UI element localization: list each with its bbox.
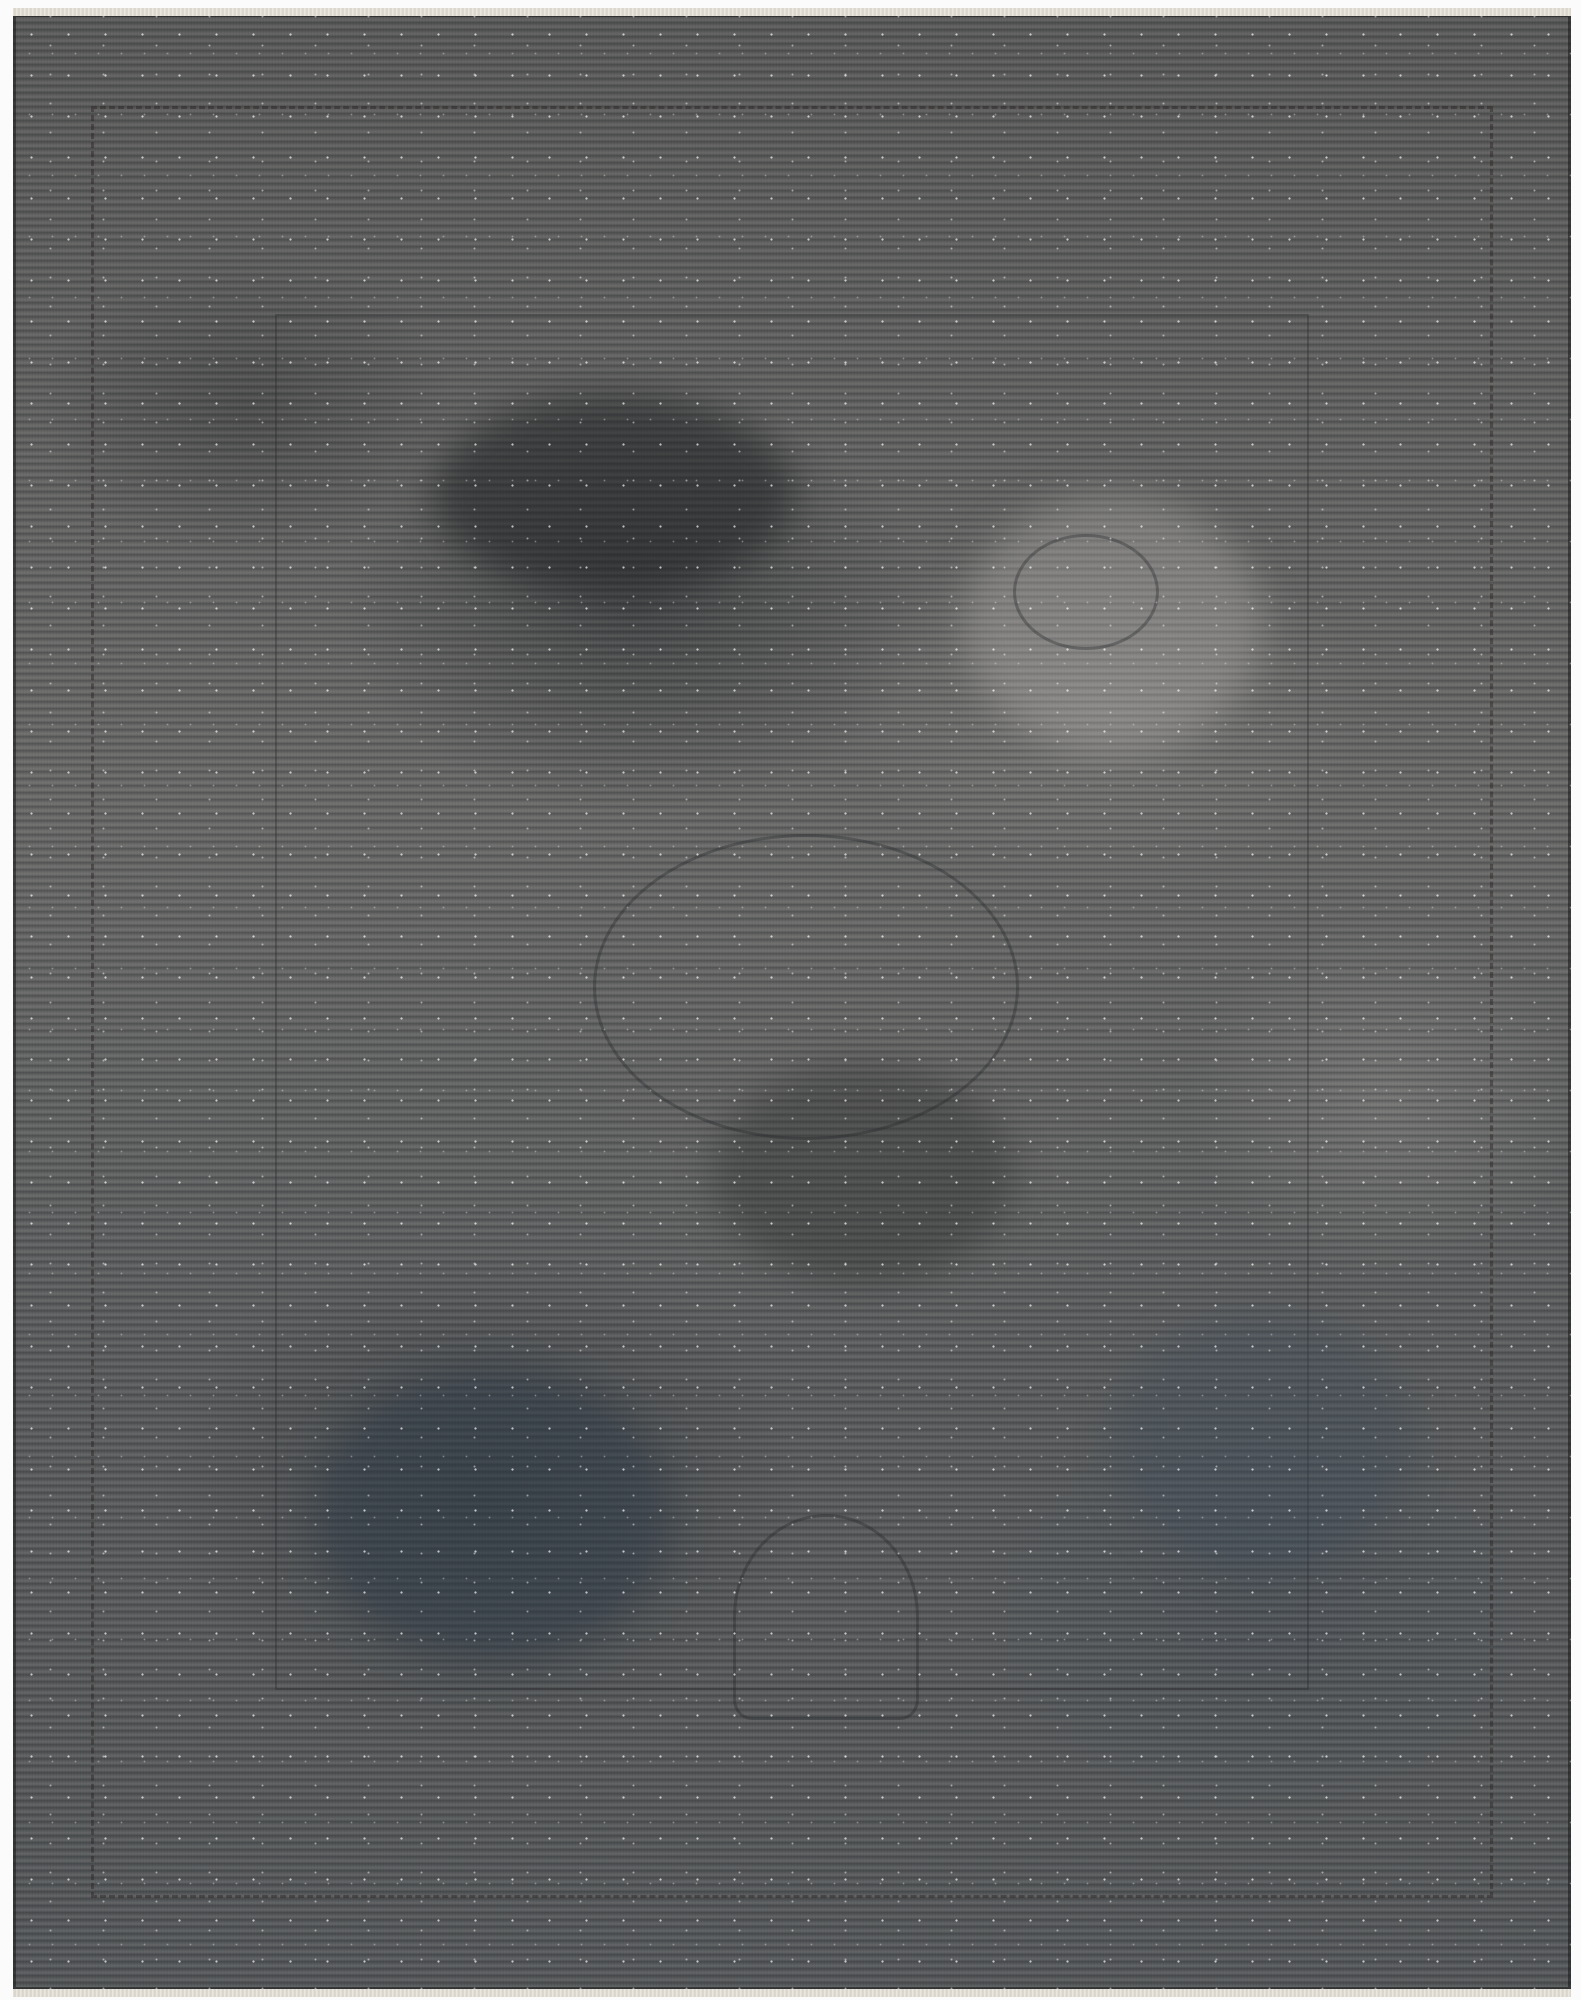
wool-speckle-texture — [13, 14, 1571, 1990]
rug — [13, 14, 1571, 1990]
bottom-fringe — [13, 1989, 1571, 1997]
